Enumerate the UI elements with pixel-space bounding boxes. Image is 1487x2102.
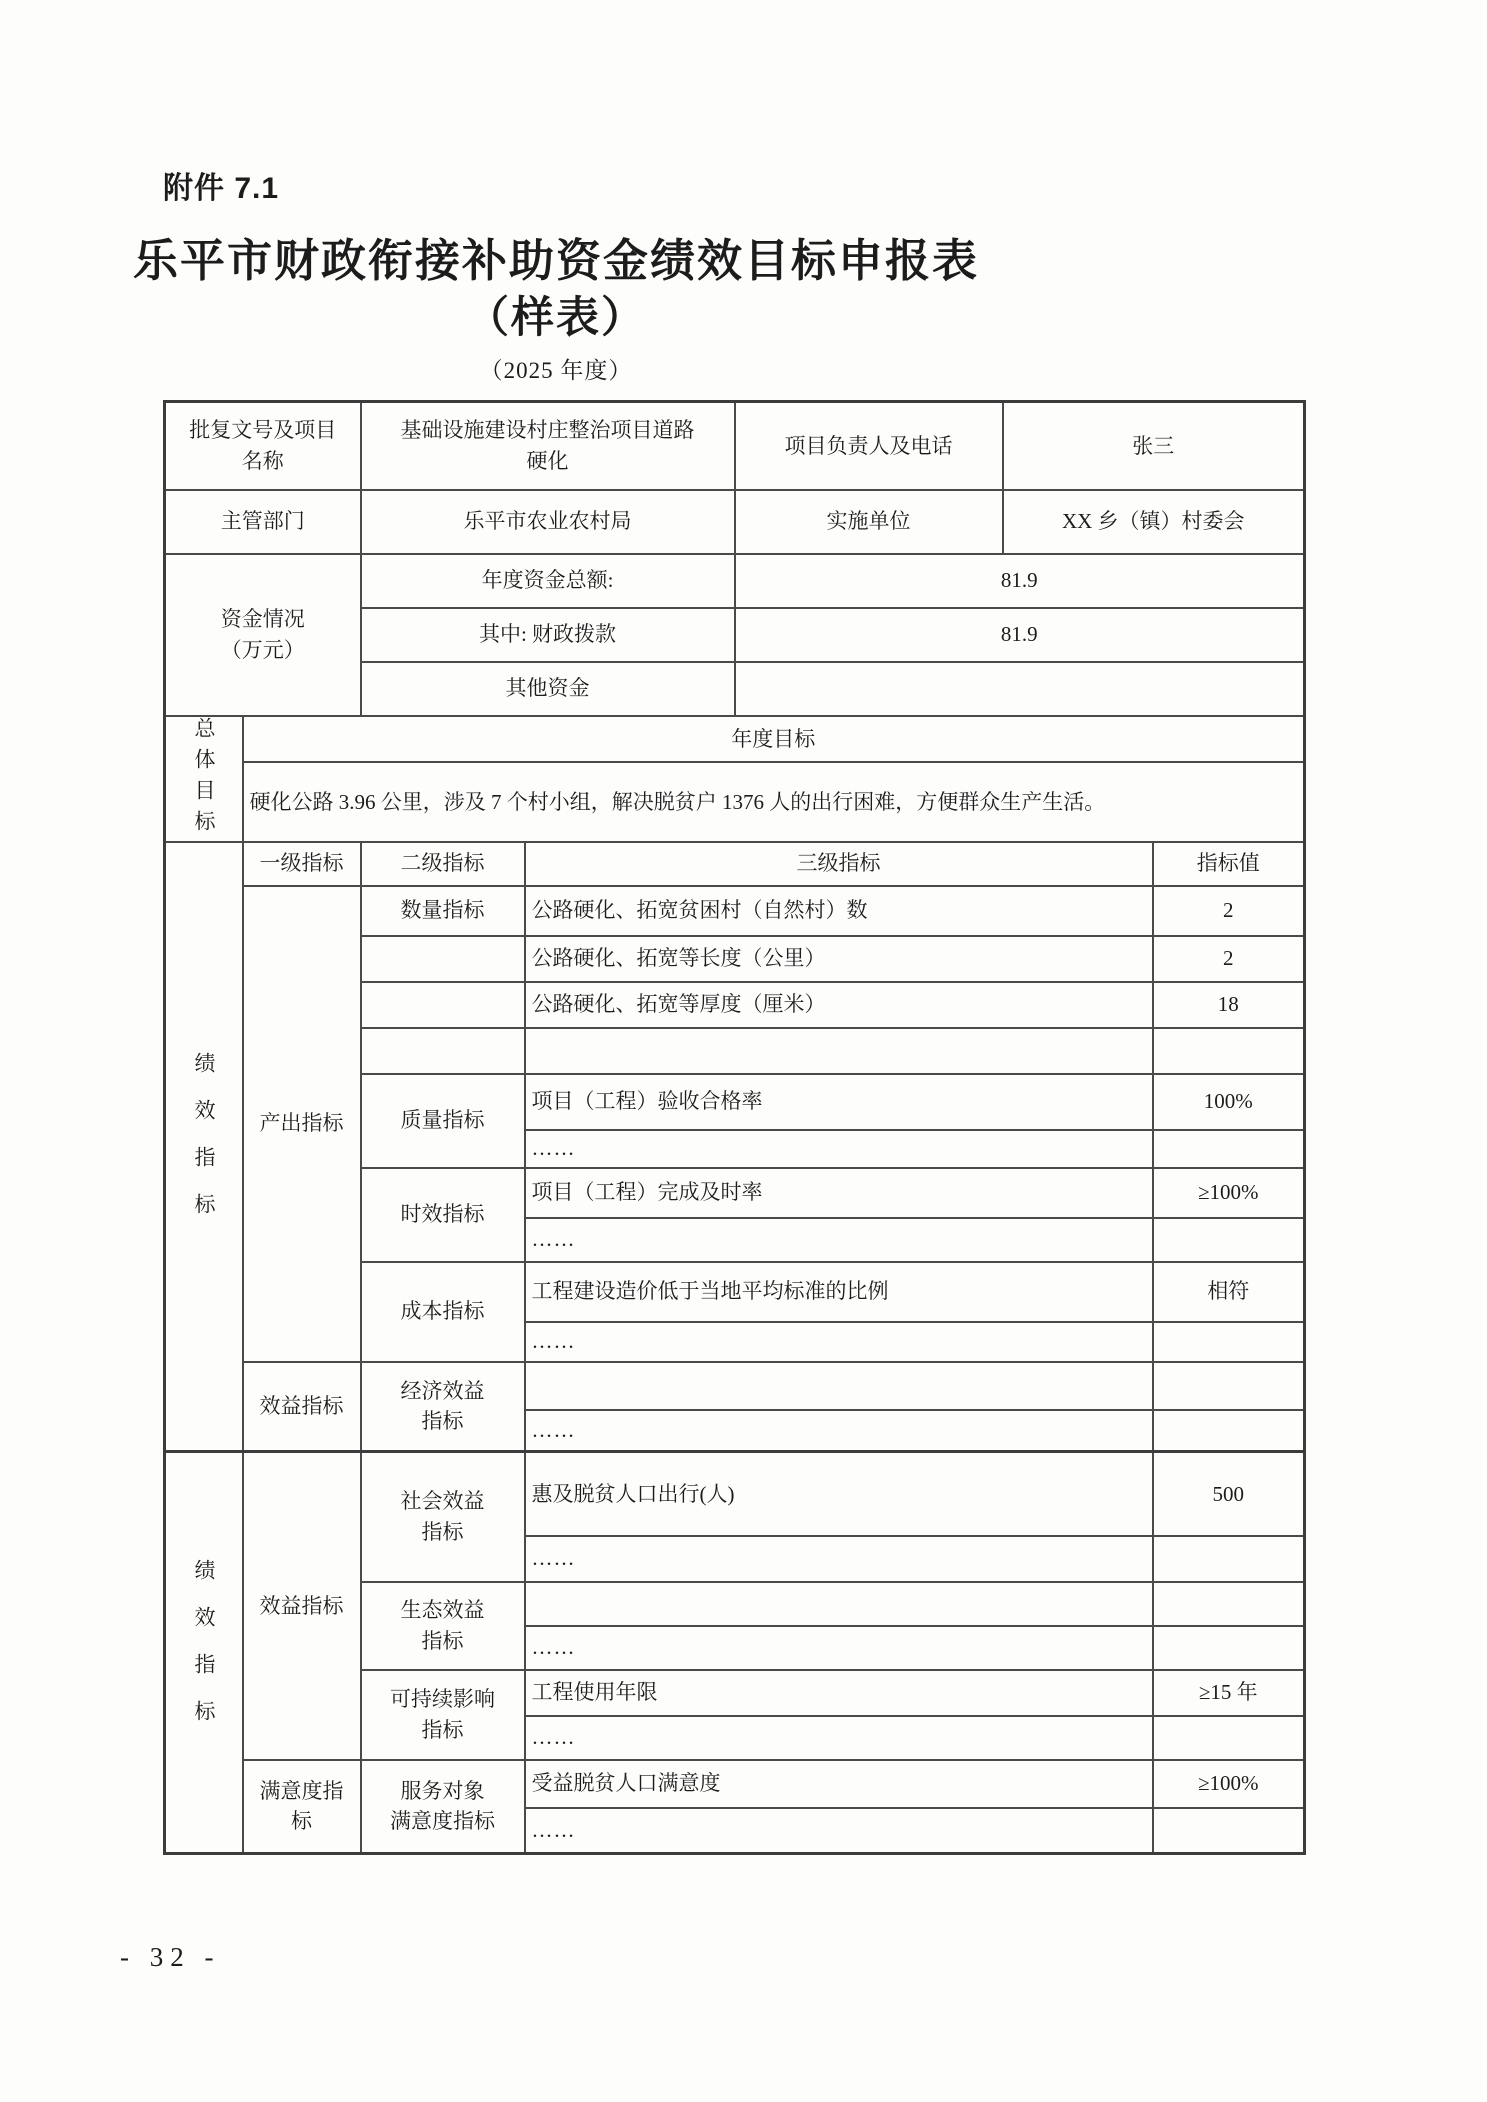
page-title: 乐平市财政衔接补助资金绩效目标申报表 (0, 224, 1112, 289)
indicator-value: 18 (1153, 982, 1305, 1028)
year-label: （2025 年度） (0, 352, 1112, 385)
indicator-text: 工程建设造价低于当地平均标准的比例 (525, 1262, 1153, 1322)
indicator-value-empty (1153, 1626, 1305, 1670)
indicator-value-empty (1153, 1028, 1305, 1074)
table-row: 效益指标 经济效益 指标 (165, 1362, 1305, 1410)
indicator-text: 公路硬化、拓宽贫困村（自然村）数 (525, 886, 1153, 936)
indicator-ellipsis: …… (525, 1626, 1153, 1670)
table-row: 总体目标 年度目标 (165, 716, 1305, 763)
indicator-text-empty (525, 1362, 1153, 1410)
page-subtitle: （样表） (0, 284, 1112, 345)
department-value: 乐平市农业农村局 (361, 490, 735, 554)
performance-indicator-section-label: 绩效指标 (165, 1452, 243, 1854)
cost-indicator-label: 成本指标 (361, 1262, 525, 1362)
economic-benefit-indicator-label: 经济效益 指标 (361, 1362, 525, 1452)
table-row: 绩效指标 效益指标 社会效益 指标 惠及脱贫人口出行(人) 500 (165, 1452, 1305, 1536)
indicator-value-empty (1153, 1410, 1305, 1452)
indicator-value-empty (1153, 1322, 1305, 1362)
indicator-value: 500 (1153, 1452, 1305, 1536)
annual-goal-text: 硬化公路 3.96 公里，涉及 7 个村小组，解决脱贫户 1376 人的出行困难… (243, 762, 1305, 841)
output-indicator-label: 产出指标 (243, 886, 361, 1362)
indicator-value-empty (1153, 1218, 1305, 1262)
indicator-value: ≥15 年 (1153, 1670, 1305, 1716)
quantity-indicator-label: 数量指标 (361, 886, 525, 936)
timeliness-indicator-label: 时效指标 (361, 1168, 525, 1262)
table-row: 产出指标 数量指标 公路硬化、拓宽贫困村（自然村）数 2 (165, 886, 1305, 936)
social-benefit-indicator-label: 社会效益 指标 (361, 1452, 525, 1582)
funding-total-label: 年度资金总额: (361, 554, 735, 608)
indicator-ellipsis: …… (525, 1410, 1153, 1452)
indicator-text: 公路硬化、拓宽等厚度（厘米） (525, 982, 1153, 1028)
indicator-text-empty (525, 1582, 1153, 1626)
implementing-unit-label: 实施单位 (735, 490, 1003, 554)
project-manager-value: 张三 (1003, 402, 1305, 490)
funding-total-value: 81.9 (735, 554, 1305, 608)
benefit-indicator-label: 效益指标 (243, 1452, 361, 1760)
overall-goal-section-label: 总体目标 (165, 716, 243, 842)
quantity-indicator-empty (361, 1028, 525, 1074)
funding-other-value (735, 662, 1305, 716)
indicator-ellipsis: …… (525, 1218, 1153, 1262)
level2-header: 二级指标 (361, 842, 525, 886)
table-row: 资金情况 （万元） 年度资金总额: 81.9 (165, 554, 1305, 608)
project-name-value: 基础设施建设村庄整治项目道路 硬化 (361, 402, 735, 490)
project-manager-label: 项目负责人及电话 (735, 402, 1003, 490)
quantity-indicator-empty (361, 982, 525, 1028)
indicator-ellipsis: …… (525, 1130, 1153, 1168)
indicator-value-empty (1153, 1130, 1305, 1168)
indicator-value-empty (1153, 1362, 1305, 1410)
benefit-indicator-label: 效益指标 (243, 1362, 361, 1452)
indicator-value: ≥100% (1153, 1168, 1305, 1218)
indicator-text: 公路硬化、拓宽等长度（公里） (525, 936, 1153, 982)
indicator-value-empty (1153, 1536, 1305, 1582)
indicator-value-empty (1153, 1716, 1305, 1760)
attachment-label: 附件 7.1 (163, 163, 279, 207)
funding-fiscal-value: 81.9 (735, 608, 1305, 662)
indicator-ellipsis: …… (525, 1808, 1153, 1854)
page-number: - 32 - (120, 1942, 220, 1973)
table-row: 主管部门 乐平市农业农村局 实施单位 XX 乡（镇）村委会 (165, 490, 1305, 554)
funding-section-label: 资金情况 （万元） (165, 554, 361, 716)
indicator-text: 项目（工程）完成及时率 (525, 1168, 1153, 1218)
indicator-value: 相符 (1153, 1262, 1305, 1322)
indicator-ellipsis: …… (525, 1716, 1153, 1760)
declaration-table: 批复文号及项目 名称 基础设施建设村庄整治项目道路 硬化 项目负责人及电话 张三… (163, 400, 1306, 1855)
funding-fiscal-label: 其中: 财政拨款 (361, 608, 735, 662)
satisfaction-indicator-label: 满意度指 标 (243, 1760, 361, 1854)
indicator-value: 2 (1153, 886, 1305, 936)
indicator-text-empty (525, 1028, 1153, 1074)
indicator-value-header: 指标值 (1153, 842, 1305, 886)
service-object-satisfaction-label: 服务对象 满意度指标 (361, 1760, 525, 1854)
table-row: 硬化公路 3.96 公里，涉及 7 个村小组，解决脱贫户 1376 人的出行困难… (165, 762, 1305, 841)
indicator-value: ≥100% (1153, 1760, 1305, 1808)
implementing-unit-value: XX 乡（镇）村委会 (1003, 490, 1305, 554)
annual-goal-header: 年度目标 (243, 716, 1305, 763)
indicator-value-empty (1153, 1582, 1305, 1626)
quantity-indicator-empty (361, 936, 525, 982)
level3-header: 三级指标 (525, 842, 1153, 886)
indicator-text: 惠及脱贫人口出行(人) (525, 1452, 1153, 1536)
indicator-text: 项目（工程）验收合格率 (525, 1074, 1153, 1130)
indicator-text: 工程使用年限 (525, 1670, 1153, 1716)
indicator-ellipsis: …… (525, 1322, 1153, 1362)
ecological-benefit-indicator-label: 生态效益 指标 (361, 1582, 525, 1670)
approval-number-label: 批复文号及项目 名称 (165, 402, 361, 490)
performance-indicator-section-label: 绩效指标 (165, 842, 243, 1452)
level1-header: 一级指标 (243, 842, 361, 886)
sustainable-impact-indicator-label: 可持续影响 指标 (361, 1670, 525, 1760)
department-label: 主管部门 (165, 490, 361, 554)
table-row: 批复文号及项目 名称 基础设施建设村庄整治项目道路 硬化 项目负责人及电话 张三 (165, 402, 1305, 490)
table-row: 绩效指标 一级指标 二级指标 三级指标 指标值 (165, 842, 1305, 886)
funding-other-label: 其他资金 (361, 662, 735, 716)
table-row: 满意度指 标 服务对象 满意度指标 受益脱贫人口满意度 ≥100% (165, 1760, 1305, 1808)
indicator-text: 受益脱贫人口满意度 (525, 1760, 1153, 1808)
indicator-value: 100% (1153, 1074, 1305, 1130)
quality-indicator-label: 质量指标 (361, 1074, 525, 1168)
indicator-value: 2 (1153, 936, 1305, 982)
indicator-ellipsis: …… (525, 1536, 1153, 1582)
indicator-value-empty (1153, 1808, 1305, 1854)
